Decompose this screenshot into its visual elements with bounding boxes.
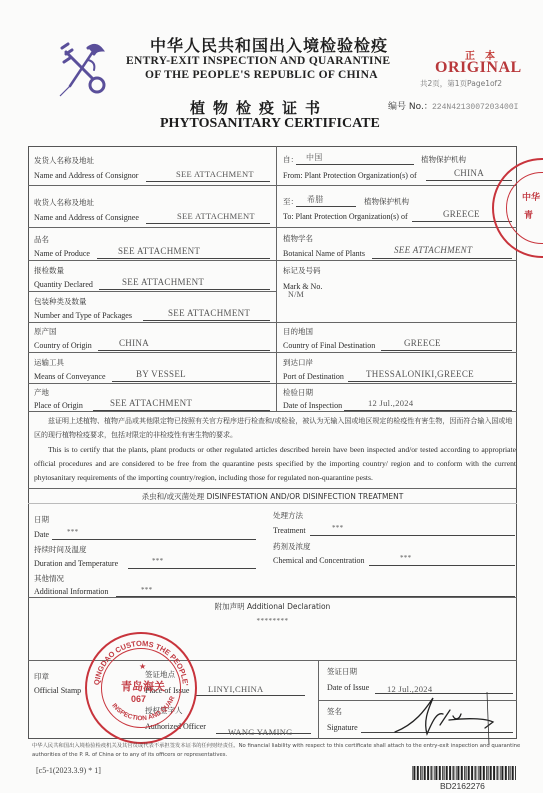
- authorized-officer-value: WANG YAMING: [228, 727, 293, 737]
- section-divider: [28, 597, 517, 598]
- field-label-cn: 产地: [34, 387, 49, 398]
- row-divider: [28, 291, 276, 292]
- field-underline: [310, 535, 515, 536]
- field-underline: [93, 410, 270, 411]
- form-code: [c5-1(2023.3.9) * 1]: [36, 766, 101, 775]
- field-underline: [98, 350, 270, 351]
- field-label-cn: 运输工具: [34, 357, 64, 368]
- section-divider: [28, 411, 517, 412]
- port-of-destination-value: THESSALONIKI,GREECE: [366, 369, 474, 379]
- field-label: Country of Origin: [34, 341, 92, 350]
- field-underline: [52, 539, 256, 540]
- field-label-cn: 检验日期: [283, 387, 313, 398]
- field-label-cn: 处理方法: [273, 510, 303, 521]
- barcode-number: BD2162276: [440, 781, 485, 791]
- field-underline: [296, 206, 356, 207]
- to-country-value: GREECE: [443, 209, 480, 219]
- conveyance-value: BY VESSEL: [136, 369, 186, 379]
- field-label: Name of Produce: [34, 249, 90, 258]
- field-label-cn: 印章: [34, 671, 49, 682]
- row-divider: [28, 185, 276, 186]
- page-indicator: 共2页，第1页Page1of2: [420, 78, 502, 89]
- field-label-cn: 持续时间及温度: [34, 544, 87, 555]
- field-label: To: Plant Protection Organization(s) of: [283, 212, 408, 221]
- field-underline: [296, 164, 414, 165]
- field-underline: [369, 565, 515, 566]
- field-label: Quantity Declared: [34, 280, 93, 289]
- field-label: Additional Information: [34, 587, 108, 596]
- treatment-chemical-value: ***: [400, 554, 411, 562]
- row-divider: [28, 227, 276, 228]
- destination-country-value: GREECE: [404, 338, 441, 348]
- field-label-cn: 药剂及浓度: [273, 541, 311, 552]
- field-label-cn: 其他情况: [34, 573, 64, 584]
- row-divider: [276, 352, 517, 353]
- field-label-cn: 目的地国: [283, 326, 313, 337]
- field-label-cn: 发货人名称及地址: [34, 155, 94, 166]
- field-label-cn: 签证日期: [327, 666, 357, 677]
- authority-name-cn: 中华人民共和国出入境检验检疫: [150, 33, 450, 56]
- field-underline: [128, 568, 256, 569]
- field-underline: [195, 695, 305, 696]
- mark-value: N/M: [288, 290, 304, 299]
- field-label: Country of Final Destination: [283, 341, 375, 350]
- certification-statement-cn: 兹证明上述植物、植物产品或其他限定物已按照有关官方程序进行检查和/或检验，被认为…: [34, 414, 514, 442]
- field-underline: [372, 258, 512, 259]
- field-label: Botanical Name of Plants: [283, 249, 365, 258]
- row-divider: [276, 383, 517, 384]
- additional-declaration-value: ********: [28, 617, 517, 625]
- field-underline: [97, 258, 270, 259]
- treatment-method-value: ***: [332, 524, 343, 532]
- field-underline: [143, 320, 270, 321]
- field-underline: [348, 381, 512, 382]
- field-underline: [146, 181, 270, 182]
- official-stamp-seal: QINGDAO CUSTOMS THE PEOPLE'S REPUBLIC OF…: [85, 632, 197, 744]
- field-label: Name and Address of Consignor: [34, 171, 138, 180]
- certificate-title: PHYTOSANITARY CERTIFICATE: [160, 116, 380, 132]
- field-underline: [381, 350, 512, 351]
- heading-divider: [28, 503, 517, 504]
- field-label-cn: 日期: [34, 514, 49, 525]
- treatment-additional-value: ***: [141, 586, 152, 594]
- field-label: Treatment: [273, 526, 306, 535]
- field-label: Name and Address of Consignee: [34, 213, 139, 222]
- place-of-origin-value: SEE ATTACHMENT: [110, 398, 192, 408]
- field-label: Date: [34, 530, 49, 539]
- field-underline: [116, 596, 515, 597]
- row-divider: [276, 185, 517, 186]
- field-label-cn: 植物保护机构: [364, 196, 409, 207]
- stamp-code: 067: [131, 694, 146, 704]
- field-label-cn: 品名: [34, 234, 49, 245]
- consignee-value: SEE ATTACHMENT: [177, 211, 255, 221]
- authority-name-en-line1: ENTRY-EXIT INSPECTION AND QUARANTINE: [126, 55, 390, 67]
- field-label-cn: 报检数量: [34, 265, 64, 276]
- handwritten-signature: [385, 690, 505, 745]
- row-divider: [276, 260, 517, 261]
- origin-country-value: CHINA: [119, 338, 149, 348]
- row-divider: [28, 322, 276, 323]
- section-divider: [28, 488, 517, 489]
- treatment-heading: 杀虫和/或灭菌处理 DISINFESTATION AND/OR DISINFEC…: [28, 491, 517, 502]
- certificate-number-label: 编号 No.：: [388, 99, 433, 112]
- from-country-cn: 中国: [306, 152, 323, 163]
- field-label-cn: 植物学名: [283, 233, 313, 244]
- field-label: Official Stamp: [34, 686, 81, 695]
- to-country-cn: 希腊: [307, 194, 324, 205]
- original-mark: ORIGINAL: [435, 59, 522, 77]
- field-label-cn: 到达口岸: [283, 357, 313, 368]
- consignor-value: SEE ATTACHMENT: [176, 169, 254, 179]
- field-label: Number and Type of Packages: [34, 311, 132, 320]
- certification-statement: This is to certify that the plants, plan…: [34, 443, 516, 485]
- key-caduceus-emblem-icon: [52, 38, 114, 100]
- field-label: Port of Destination: [283, 372, 344, 381]
- packages-value: SEE ATTACHMENT: [168, 308, 250, 318]
- stamp-center-cn: 青岛海关: [121, 678, 165, 694]
- treatment-duration-value: ***: [152, 557, 163, 565]
- field-label-cn: 签名: [327, 706, 342, 717]
- field-label-cn: 收货人名称及地址: [34, 197, 94, 208]
- barcode: [412, 766, 516, 780]
- field-label: Place of Origin: [34, 401, 83, 410]
- field-underline: [146, 223, 270, 224]
- logo-emblem: [52, 38, 114, 100]
- field-label: From: Plant Protection Organization(s) o…: [283, 171, 417, 180]
- row-divider: [28, 260, 276, 261]
- stamp-center-cn-partial: 青: [524, 208, 533, 221]
- field-label: Date of Inspection: [283, 401, 342, 410]
- field-label: Means of Conveyance: [34, 372, 106, 381]
- stamp-center-cn-partial: 中华: [522, 190, 540, 203]
- certificate-number: 224N4213007203400I: [432, 103, 518, 112]
- field-underline: [99, 289, 270, 290]
- field-label: Duration and Temperature: [34, 559, 118, 568]
- row-divider: [276, 322, 517, 323]
- field-label-cn: 包装种类及数量: [34, 296, 87, 307]
- field-label-cn: 原产国: [34, 326, 57, 337]
- inspection-date-value: 12 Jul.,2024: [368, 398, 413, 408]
- field-label: Chemical and Concentration: [273, 556, 365, 565]
- field-label-cn: 植物保护机构: [421, 154, 466, 165]
- star-icon: ★: [139, 662, 146, 671]
- treatment-date-value: ***: [67, 528, 78, 536]
- row-divider: [28, 352, 276, 353]
- field-underline: [344, 410, 512, 411]
- from-country-value: CHINA: [454, 168, 484, 178]
- produce-value: SEE ATTACHMENT: [118, 246, 200, 256]
- row-divider: [28, 383, 276, 384]
- additional-declaration-heading: 附加声明 Additional Declaration: [28, 601, 517, 612]
- field-label-cn: 标记及号码: [283, 265, 321, 276]
- field-label: Signature: [327, 723, 358, 732]
- botanical-name-value: SEE ATTACHMENT: [394, 245, 472, 255]
- liability-disclaimer: 中华人民共和国出入境检验检疫机关及其官员或代表不承担签发本证书的任何财经责任。N…: [32, 742, 522, 760]
- field-label: Date of Issue: [327, 683, 369, 692]
- field-underline: [112, 381, 270, 382]
- certificate-title-cn: 植物检疫证书: [190, 97, 328, 118]
- authority-name-en-line2: OF THE PEOPLE'S REPUBLIC OF CHINA: [145, 69, 378, 81]
- quantity-value: SEE ATTACHMENT: [122, 277, 204, 287]
- place-of-issue-value: LINYI,CHINA: [208, 684, 263, 694]
- row-divider: [276, 227, 517, 228]
